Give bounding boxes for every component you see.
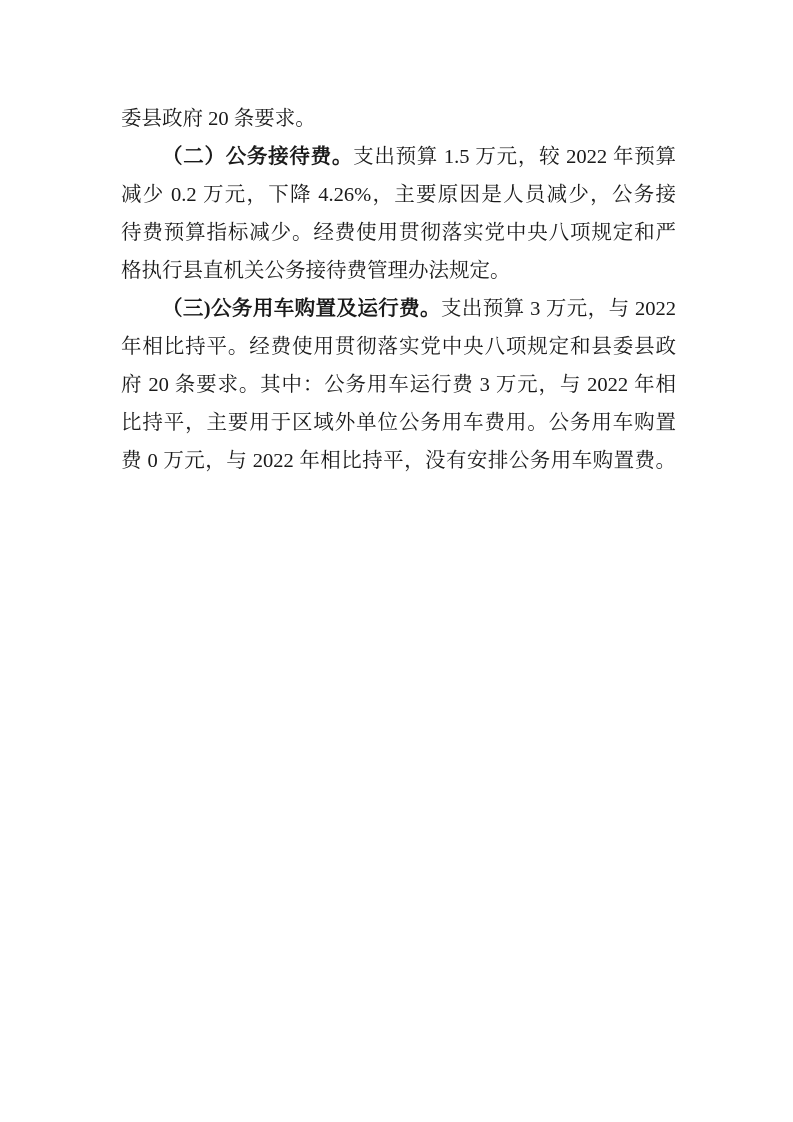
text-line: 比持平，主要用于区域外单位公务用车费用。公务用车购置 [121, 404, 676, 442]
text-run: 减少 0.2 万元，下降 4.26%，主要原因是人员减少，公务接 [121, 184, 676, 206]
text-run: 委县政府 20 条要求。 [121, 108, 316, 130]
text-line: 委县政府 20 条要求。 [121, 100, 676, 138]
text-line: 待费预算指标减少。经费使用贯彻落实党中央八项规定和严 [121, 214, 676, 252]
text-run: 年相比持平。经费使用贯彻落实党中央八项规定和县委县政 [121, 336, 676, 358]
text-run: 费 0 万元，与 2022 年相比持平，没有安排公务用车购置费。 [121, 450, 676, 472]
text-run: 支出预算 3 万元，与 2022 [441, 298, 676, 320]
text-run: 比持平，主要用于区域外单位公务用车费用。公务用车购置 [121, 412, 676, 434]
para-section-two-official-reception-fee: （二）公务接待费。支出预算 1.5 万元，较 2022 年预算减少 0.2 万元… [121, 138, 676, 290]
text-run: 格执行县直机关公务接待费管理办法规定。 [121, 260, 511, 282]
text-run: 支出预算 1.5 万元，较 2022 年预算 [353, 146, 676, 168]
document-body: 委县政府 20 条要求。（二）公务接待费。支出预算 1.5 万元，较 2022 … [121, 100, 676, 480]
document-page: 委县政府 20 条要求。（二）公务接待费。支出预算 1.5 万元，较 2022 … [0, 0, 793, 1122]
text-line: 格执行县直机关公务接待费管理办法规定。 [121, 252, 676, 290]
text-run: 待费预算指标减少。经费使用贯彻落实党中央八项规定和严 [121, 222, 676, 244]
section-heading-run: （二）公务接待费。 [162, 146, 353, 168]
text-line: （三)公务用车购置及运行费。支出预算 3 万元，与 2022 [121, 290, 676, 328]
section-heading-run: （三)公务用车购置及运行费。 [162, 298, 441, 320]
text-line: 减少 0.2 万元，下降 4.26%，主要原因是人员减少，公务接 [121, 176, 676, 214]
text-run: 府 20 条要求。其中：公务用车运行费 3 万元，与 2022 年相 [121, 374, 676, 396]
text-line: 年相比持平。经费使用贯彻落实党中央八项规定和县委县政 [121, 328, 676, 366]
text-line: 府 20 条要求。其中：公务用车运行费 3 万元，与 2022 年相 [121, 366, 676, 404]
para-previous-continuation: 委县政府 20 条要求。 [121, 100, 676, 138]
para-section-three-official-vehicle-fee: （三)公务用车购置及运行费。支出预算 3 万元，与 2022年相比持平。经费使用… [121, 290, 676, 480]
text-line: 费 0 万元，与 2022 年相比持平，没有安排公务用车购置费。 [121, 442, 676, 480]
text-line: （二）公务接待费。支出预算 1.5 万元，较 2022 年预算 [121, 138, 676, 176]
